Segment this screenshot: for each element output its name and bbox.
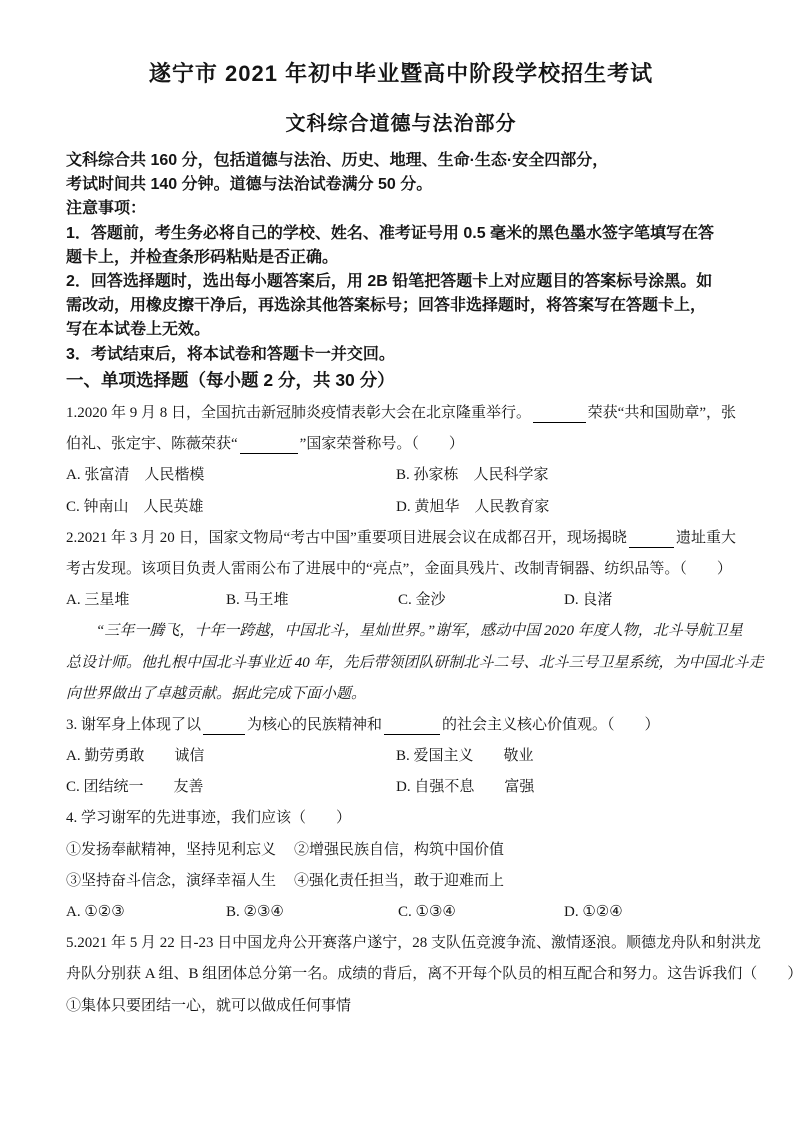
blank-underline <box>384 719 440 735</box>
text-run: ①集体只要团结一心，就可以做成任何事情 <box>66 996 351 1016</box>
notice-line: 2．回答选择题时，选出每小题答案后，用 2B 铅笔把答题卡上对应题目的答案标号涂… <box>66 270 736 294</box>
text-run: 总设计师。他扎根中国北斗事业近 40 年，先后带领团队研制北斗二号、北斗三号卫星… <box>66 653 764 673</box>
question-line: 2.2021 年 3 月 20 日，国家文物局“考古中国”重要项目进展会议在成都… <box>66 521 736 552</box>
option-item: B. 马王堆 <box>226 590 289 610</box>
option-row: A. 三星堆B. 马王堆C. 金沙D. 良渚 <box>66 583 736 614</box>
notice-line: 1．答题前，考生务必将自己的学校、姓名、准考证号用 0.5 毫米的黑色墨水签字笔… <box>66 222 736 246</box>
option-item: ①发扬奉献精神，坚持见利忘义 <box>66 840 276 860</box>
blank-underline <box>203 719 245 735</box>
question-line: 舟队分别获 A 组、B 组团体总分第一名。成绩的背后，离不开每个队员的相互配合和… <box>66 957 736 988</box>
option-item: C. 团结统一 友善 <box>66 777 204 797</box>
question-line: “三年一腾飞，十年一跨越，中国北斗，星灿世界。”谢军，感动中国 2020 年度人… <box>66 614 736 645</box>
question-line: 向世界做出了卓越贡献。据此完成下面小题。 <box>66 677 736 708</box>
blank-underline <box>629 532 674 548</box>
section-heading: 一、单项选择题（每小题 2 分，共 30 分） <box>66 368 736 393</box>
option-item: C. ①③④ <box>398 902 456 922</box>
option-row: ③坚持奋斗信念，演绎幸福人生④强化责任担当，敢于迎难而上 <box>66 864 736 895</box>
question-area: 1.2020 年 9 月 8 日，全国抗击新冠肺炎疫情表彰大会在北京隆重举行。荣… <box>66 396 736 1020</box>
notice-line: 3．考试结束后，将本试卷和答题卡一并交回。 <box>66 343 736 367</box>
exam-title: 遂宁市 2021 年初中毕业暨高中阶段学校招生考试 <box>66 60 736 88</box>
option-item: D. 自强不息 富强 <box>396 777 534 797</box>
question-line: 4. 学习谢军的先进事迹，我们应该（ ） <box>66 801 736 832</box>
option-item: A. ①②③ <box>66 902 125 922</box>
option-row: C. 团结统一 友善D. 自强不息 富强 <box>66 770 736 801</box>
option-row: C. 钟南山 人民英雄D. 黄旭华 人民教育家 <box>66 489 736 520</box>
option-item: ④强化责任担当，敢于迎难而上 <box>294 871 504 891</box>
option-row: A. 张富清 人民楷模B. 孙家栋 人民科学家 <box>66 458 736 489</box>
text-run: 伯礼、张定宇、陈薇荣获“ <box>66 434 238 454</box>
notice-line: 需改动，用橡皮擦干净后，再选涂其他答案标号；回答非选择题时，将答案写在答题卡上， <box>66 294 736 318</box>
option-item: D. ①②④ <box>564 902 623 922</box>
option-item: ②增强民族自信，构筑中国价值 <box>294 840 504 860</box>
question-line: 3. 谢军身上体现了以为核心的民族精神和的社会主义核心价值观。（ ） <box>66 708 736 739</box>
option-item: C. 钟南山 人民英雄 <box>66 497 204 517</box>
text-run: ”国家荣誉称号。（ ） <box>300 434 464 454</box>
text-run: 1.2020 年 9 月 8 日，全国抗击新冠肺炎疫情表彰大会在北京隆重举行。 <box>66 403 531 423</box>
notice-line: 文科综合共 160 分，包括道德与法治、历史、地理、生命·生态·安全四部分， <box>66 149 736 173</box>
blank-underline <box>240 438 298 454</box>
option-item: B. 爱国主义 敬业 <box>396 746 534 766</box>
text-run: 5.2021 年 5 月 22 日-23 日中国龙舟公开赛落户遂宁，28 支队伍… <box>66 933 761 953</box>
text-run: 为核心的民族精神和 <box>247 715 382 735</box>
option-item: B. ②③④ <box>226 902 284 922</box>
option-row: A. ①②③B. ②③④C. ①③④D. ①②④ <box>66 895 736 926</box>
text-run: 舟队分别获 A 组、B 组团体总分第一名。成绩的背后，离不开每个队员的相互配合和… <box>66 964 793 984</box>
question-line: ①集体只要团结一心，就可以做成任何事情 <box>66 988 736 1019</box>
exam-subtitle: 文科综合道德与法治部分 <box>66 110 736 138</box>
notice-line: 考试时间共 140 分钟。道德与法治试卷满分 50 分。 <box>66 173 736 197</box>
notice-line: 注意事项： <box>66 197 736 221</box>
text-run: “三年一腾飞，十年一跨越，中国北斗，星灿世界。”谢军，感动中国 2020 年度人… <box>66 621 743 641</box>
option-item: D. 良渚 <box>564 590 612 610</box>
option-item: A. 三星堆 <box>66 590 129 610</box>
question-line: 总设计师。他扎根中国北斗事业近 40 年，先后带领团队研制北斗二号、北斗三号卫星… <box>66 645 736 676</box>
text-run: 的社会主义核心价值观。（ ） <box>442 715 660 735</box>
text-run: 4. 学习谢军的先进事迹，我们应该（ ） <box>66 808 351 828</box>
text-run: 遗址重大 <box>676 528 736 548</box>
notice-line: 题卡上，并检查条形码粘贴是否正确。 <box>66 246 736 270</box>
option-item: B. 孙家栋 人民科学家 <box>396 465 549 485</box>
option-item: D. 黄旭华 人民教育家 <box>396 497 549 517</box>
notice-line: 写在本试卷上无效。 <box>66 318 736 342</box>
question-line: 伯礼、张定宇、陈薇荣获“”国家荣誉称号。（ ） <box>66 427 736 458</box>
option-row: ①发扬奉献精神，坚持见利忘义②增强民族自信，构筑中国价值 <box>66 832 736 863</box>
question-line: 5.2021 年 5 月 22 日-23 日中国龙舟公开赛落户遂宁，28 支队伍… <box>66 926 736 957</box>
text-run: 3. 谢军身上体现了以 <box>66 715 201 735</box>
option-item: A. 张富清 人民楷模 <box>66 465 204 485</box>
text-run: 考古发现。该项目负责人雷雨公布了进展中的“亮点”，金面具残片、改制青铜器、纺织品… <box>66 559 732 579</box>
option-row: A. 勤劳勇敢 诚信B. 爱国主义 敬业 <box>66 739 736 770</box>
notice-section: 文科综合共 160 分，包括道德与法治、历史、地理、生命·生态·安全四部分，考试… <box>66 149 736 367</box>
question-line: 1.2020 年 9 月 8 日，全国抗击新冠肺炎疫情表彰大会在北京隆重举行。荣… <box>66 396 736 427</box>
option-item: ③坚持奋斗信念，演绎幸福人生 <box>66 871 276 891</box>
text-run: 2.2021 年 3 月 20 日，国家文物局“考古中国”重要项目进展会议在成都… <box>66 528 627 548</box>
blank-underline <box>533 407 586 423</box>
text-run: 向世界做出了卓越贡献。据此完成下面小题。 <box>66 684 366 704</box>
question-line: 考古发现。该项目负责人雷雨公布了进展中的“亮点”，金面具残片、改制青铜器、纺织品… <box>66 552 736 583</box>
option-item: C. 金沙 <box>398 590 446 610</box>
text-run: 荣获“共和国勋章”，张 <box>588 403 736 423</box>
option-item: A. 勤劳勇敢 诚信 <box>66 746 204 766</box>
exam-paper-page: 遂宁市 2021 年初中毕业暨高中阶段学校招生考试 文科综合道德与法治部分 文科… <box>0 0 793 1122</box>
